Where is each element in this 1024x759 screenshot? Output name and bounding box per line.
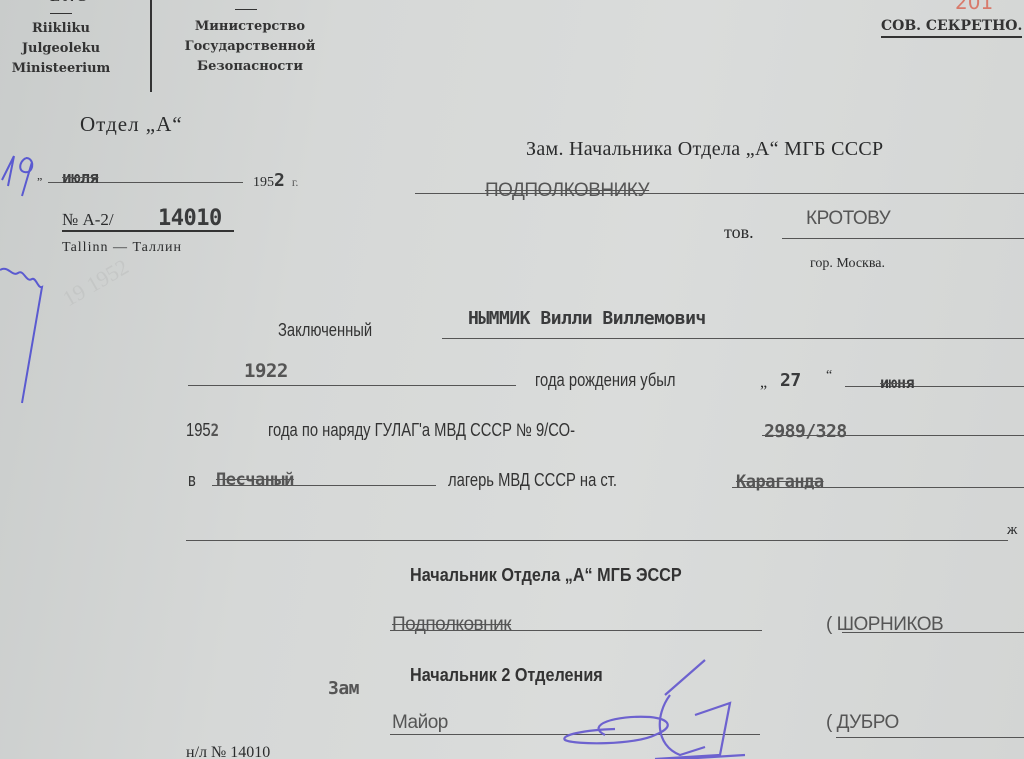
order-text: года по наряду ГУЛАГ'а МВД СССР № 9/СО- (268, 420, 575, 441)
day-open-quote: „ (760, 374, 767, 392)
footer-reference: н/л № 14010 (186, 744, 270, 759)
chief-title: Начальник Отдела „А“ МГБ ЭССР (410, 565, 682, 586)
header-rule (50, 13, 72, 14)
birth-year: 1922 (244, 360, 288, 382)
birth-year-line (188, 385, 516, 386)
order-year: 1952 (186, 420, 219, 441)
recipient-tov-label: тов. (724, 222, 754, 243)
faint-bleedthrough: 19 1952 (58, 254, 133, 312)
header-rule (235, 9, 257, 10)
outgoing-number-label: № А-2/ (62, 210, 114, 230)
header-russian-line: Министерство (165, 17, 335, 37)
outgoing-number-value: 14010 (158, 206, 222, 231)
birth-text: года рождения убыл (535, 370, 676, 391)
camp-in-label: в (188, 470, 196, 491)
date-quote-mark: „ (37, 168, 42, 183)
classification-stamp: СОВ. СЕКРЕТНО. (881, 18, 1022, 38)
prisoner-name: НЫММИК Вилли Виллемович (468, 308, 706, 329)
header-russian-ministry: Министерство Государственной Безопасност… (165, 17, 335, 77)
handwritten-day-19 (0, 140, 50, 200)
date-year: 1952 г. (253, 170, 298, 191)
camp-name: Песчаный (216, 470, 294, 490)
deputy-prefix: Зам (328, 678, 359, 699)
date-year-suffix: 2 (274, 170, 284, 191)
red-handwritten-mark: 201 (955, 0, 993, 14)
outgoing-number-underline (62, 230, 234, 232)
date-year-unit: г. (292, 175, 299, 189)
margin-handwriting (0, 255, 60, 415)
prisoner-name-line (442, 338, 1024, 339)
day-close-quote: “ (826, 368, 832, 384)
line-end-letter: ж (1007, 522, 1017, 539)
station-name: Караганда (736, 472, 824, 492)
departure-day: 27 (780, 370, 801, 391)
city-label: Tallinn — Таллин (62, 240, 182, 256)
header-russian-line: Безопасности (165, 57, 335, 77)
departure-month-line (845, 386, 1024, 387)
recipient-name-line (782, 238, 1024, 239)
chief-rank: Подполковник (392, 614, 511, 636)
date-month: июля (62, 168, 99, 187)
deputy-name: ( ДУБРО (826, 712, 899, 734)
prisoner-label: Заключенный (278, 320, 372, 341)
order-year-prefix: 195 (186, 420, 211, 440)
camp-text: лагерь МВД СССР на ст. (448, 470, 617, 491)
recipient-title: Зам. Начальника Отдела „А“ МГБ СССР (526, 138, 883, 161)
deputy-name-line (836, 737, 1024, 738)
header-russian-line: Государственной (165, 37, 335, 57)
header-estonian-line: Ministeerium (6, 59, 116, 79)
departure-month: июня (880, 374, 914, 392)
signature-scribble (555, 655, 775, 759)
recipient-rank: ПОДПОЛКОВНИКУ (485, 180, 649, 202)
date-year-prefix: 195 (253, 175, 274, 190)
order-number: 2989/328 (764, 421, 847, 442)
deputy-rank: Майор (392, 712, 448, 734)
chief-name: ( ШОРНИКОВ (826, 614, 943, 636)
header-estonian-line: Riikliku (6, 19, 116, 39)
order-year-suffix: 2 (211, 421, 219, 441)
header-divider (150, 0, 152, 92)
header-estonian-top: ENS (30, 0, 110, 8)
header-estonian-line: Julgeoleku (6, 39, 116, 59)
department-label: Отдел „А“ (80, 112, 183, 137)
blank-line (186, 540, 1008, 541)
recipient-name: КРОТОВУ (806, 208, 890, 230)
header-estonian-ministry: Riikliku Julgeoleku Ministeerium (6, 19, 116, 79)
recipient-city: гор. Москва. (810, 256, 885, 272)
